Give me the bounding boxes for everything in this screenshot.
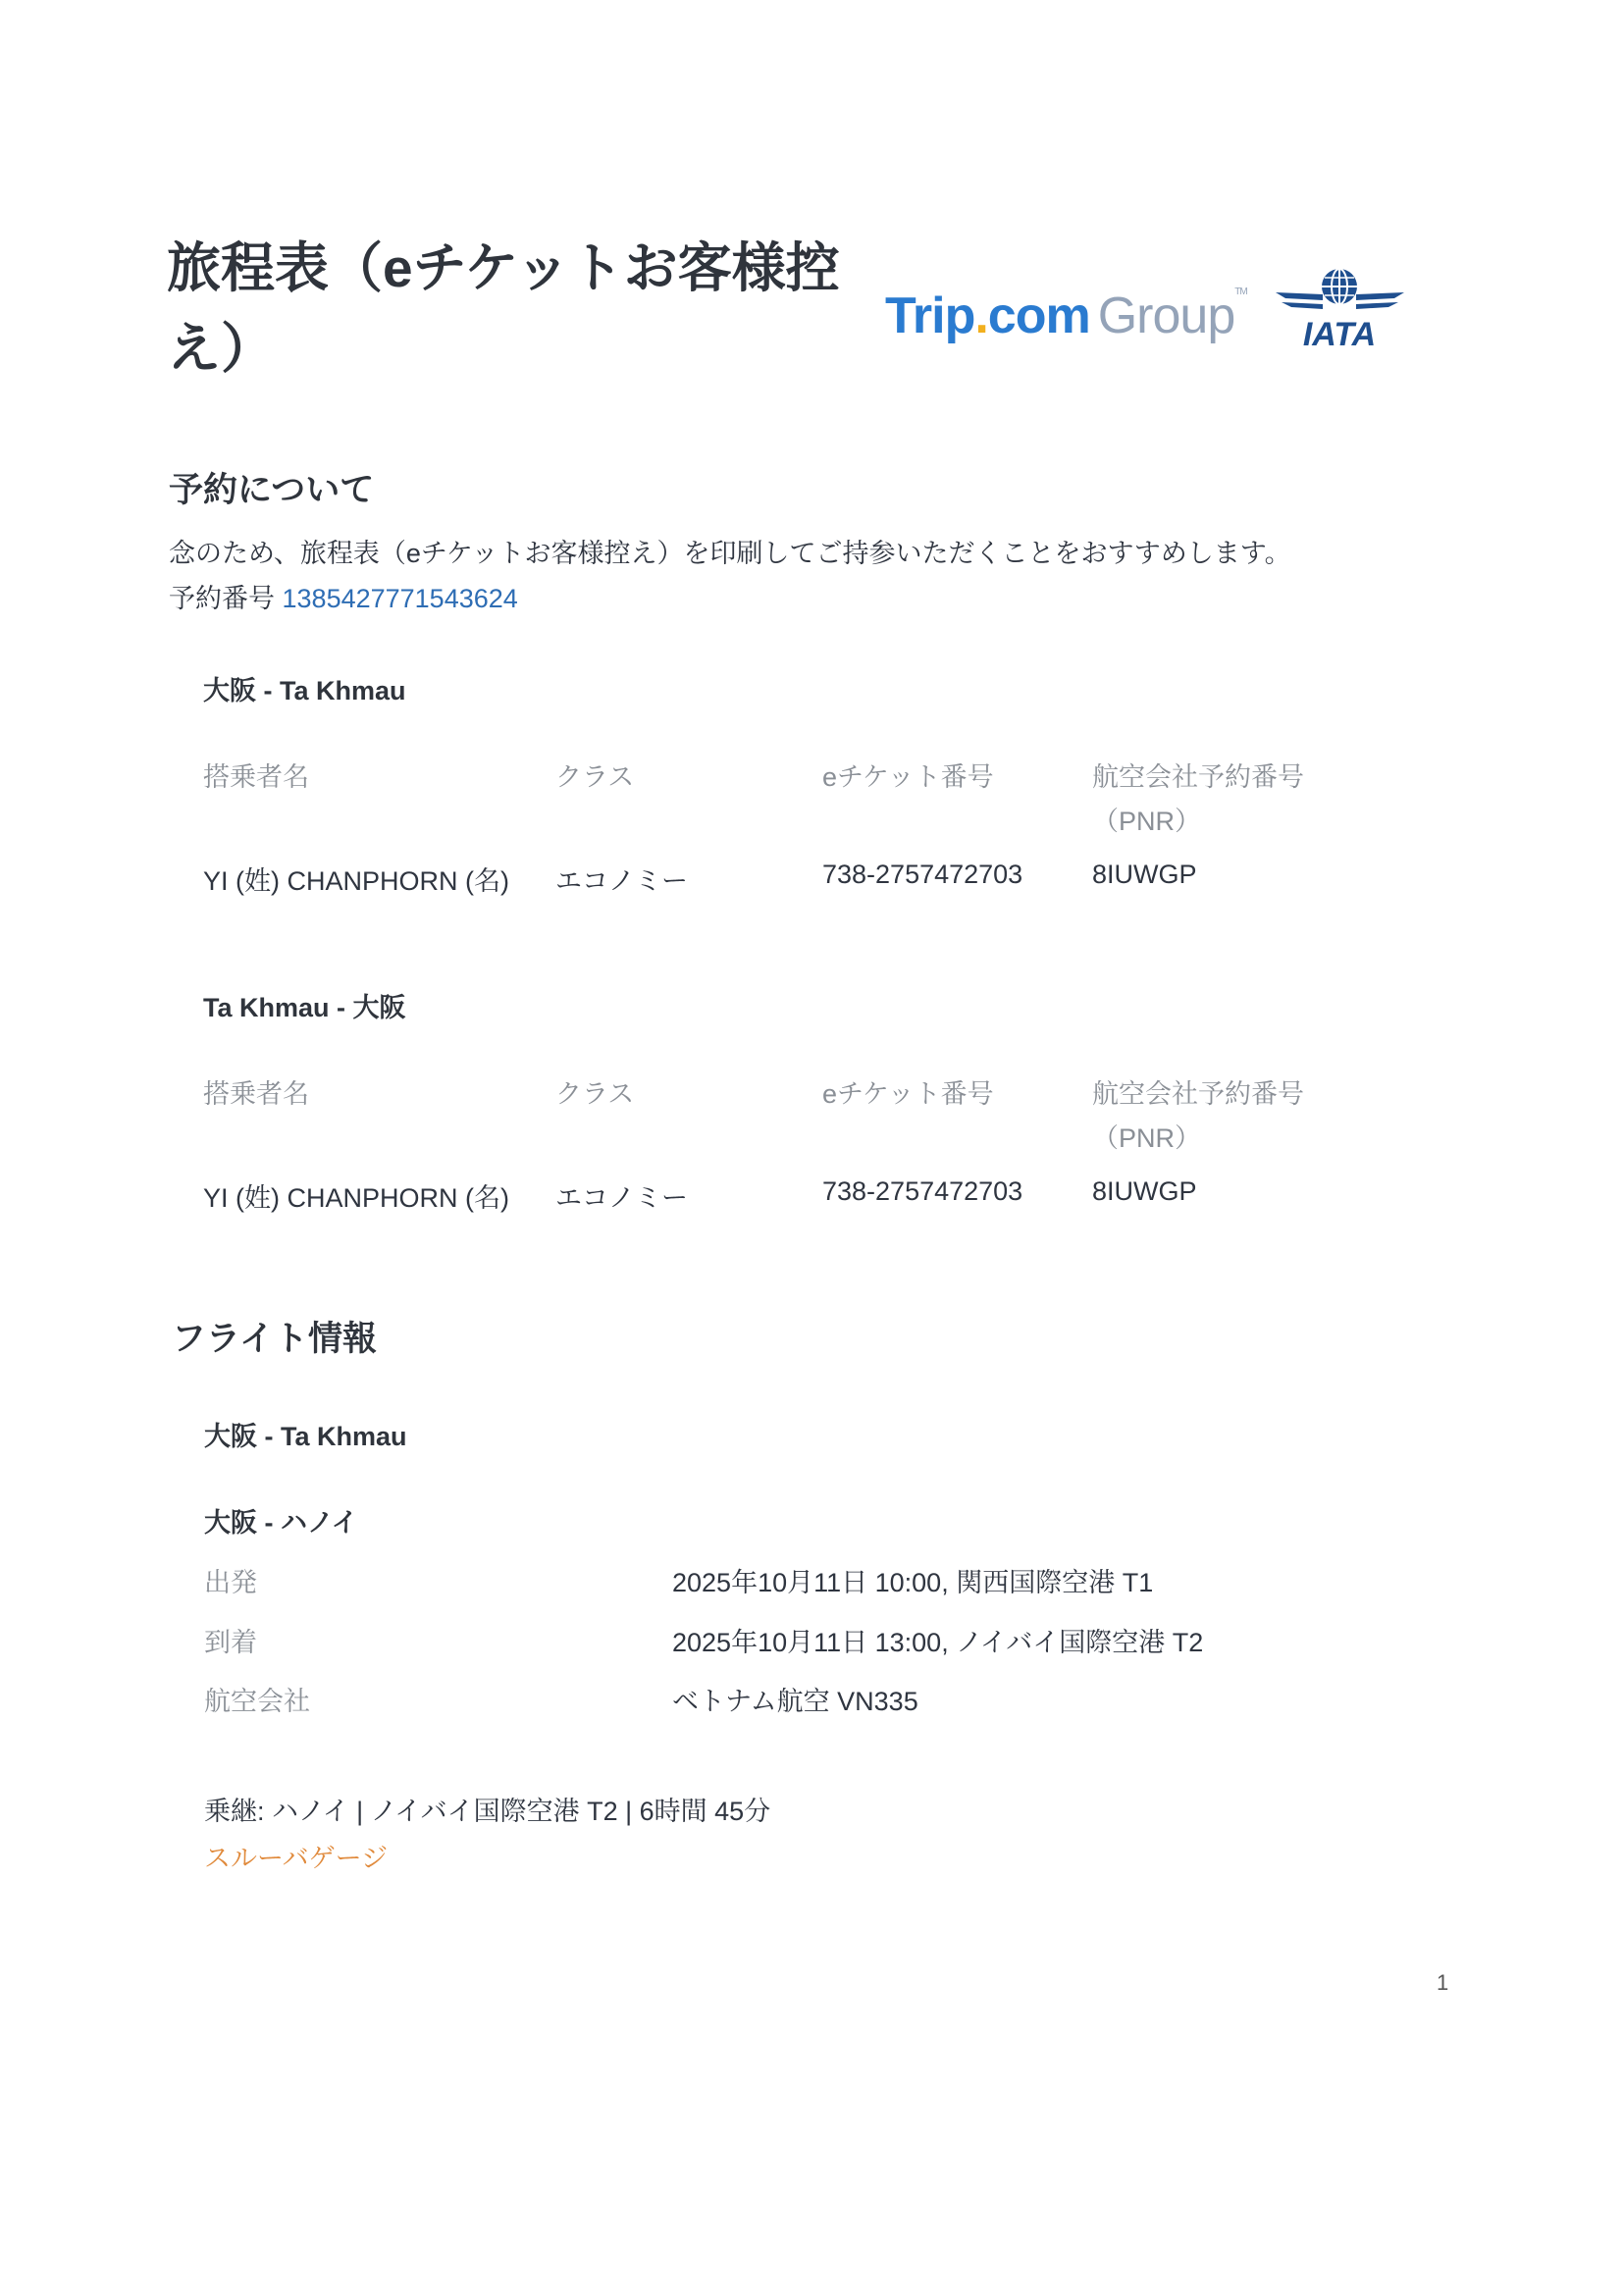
td-class: エコノミー: [555, 860, 688, 898]
booking-number-link[interactable]: 1385427771543624: [283, 584, 518, 613]
booking-note: 念のため、旅程表（eチケットお客様控え）を印刷してご持参いただくことをおすすめし…: [169, 532, 1291, 570]
logo-text-group: Group: [1098, 287, 1235, 344]
departure-value: 2025年10月11日 10:00, 関西国際空港 T1: [672, 1561, 1153, 1599]
th-airline-booking: 航空会社予約番号: [1092, 1072, 1304, 1111]
th-eticket: eチケット番号: [822, 1072, 994, 1111]
td-pnr: 8IUWGP: [1092, 1176, 1197, 1207]
th-pnr: （PNR）: [1092, 800, 1201, 838]
ticket-route-2: Ta Khmau - 大阪: [203, 986, 406, 1024]
iata-logo: IATA: [1274, 265, 1406, 353]
td-eticket: 738-2757472703: [822, 1176, 1022, 1207]
booking-number-label: 予約番号: [169, 584, 275, 613]
th-airline-booking: 航空会社予約番号: [1092, 756, 1304, 794]
th-pnr: （PNR）: [1092, 1117, 1201, 1155]
logo-text-com: com: [988, 287, 1090, 344]
through-baggage-label: スルーバゲージ: [204, 1837, 388, 1875]
td-passenger: YI (姓) CHANPHORN (名): [203, 1176, 509, 1215]
logo-dot: .: [974, 287, 987, 344]
booking-heading: 予約について: [169, 463, 374, 512]
th-eticket: eチケット番号: [822, 756, 994, 794]
td-pnr: 8IUWGP: [1092, 860, 1197, 890]
booking-number-row: 予約番号 1385427771543624: [169, 577, 518, 615]
th-passenger: 搭乗者名: [203, 756, 309, 794]
transfer-info: 乗継: ハノイ | ノイバイ国際空港 T2 | 6時間 45分: [204, 1790, 770, 1828]
airline-label: 航空会社: [204, 1680, 310, 1718]
departure-label: 出発: [204, 1561, 257, 1599]
page-title: 旅程表（eチケットお客様控え）: [167, 228, 883, 389]
th-passenger: 搭乗者名: [203, 1072, 309, 1111]
arrival-label: 到着: [204, 1621, 257, 1659]
page-number: 1: [1437, 1970, 1448, 1996]
td-class: エコノミー: [555, 1176, 688, 1215]
iata-globe-wings-icon: IATA: [1274, 265, 1406, 353]
ticket-route-1: 大阪 - Ta Khmau: [203, 669, 406, 707]
th-class: クラス: [555, 1072, 634, 1111]
svg-text:IATA: IATA: [1303, 316, 1376, 353]
td-eticket: 738-2757472703: [822, 860, 1022, 890]
logo-text-trip: Trip: [885, 287, 974, 344]
logo-tm: TM: [1234, 287, 1246, 297]
arrival-value: 2025年10月11日 13:00, ノイバイ国際空港 T2: [672, 1621, 1203, 1659]
flight-journey-route: 大阪 - Ta Khmau: [204, 1415, 407, 1453]
tripcom-group-logo: Trip.comGroupTM: [885, 287, 1247, 345]
flight-info-heading: フライト情報: [172, 1312, 377, 1361]
td-passenger: YI (姓) CHANPHORN (名): [203, 860, 509, 898]
th-class: クラス: [555, 756, 634, 794]
airline-value: ベトナム航空 VN335: [672, 1680, 918, 1718]
flight-segment-route: 大阪 - ハノイ: [204, 1501, 358, 1539]
